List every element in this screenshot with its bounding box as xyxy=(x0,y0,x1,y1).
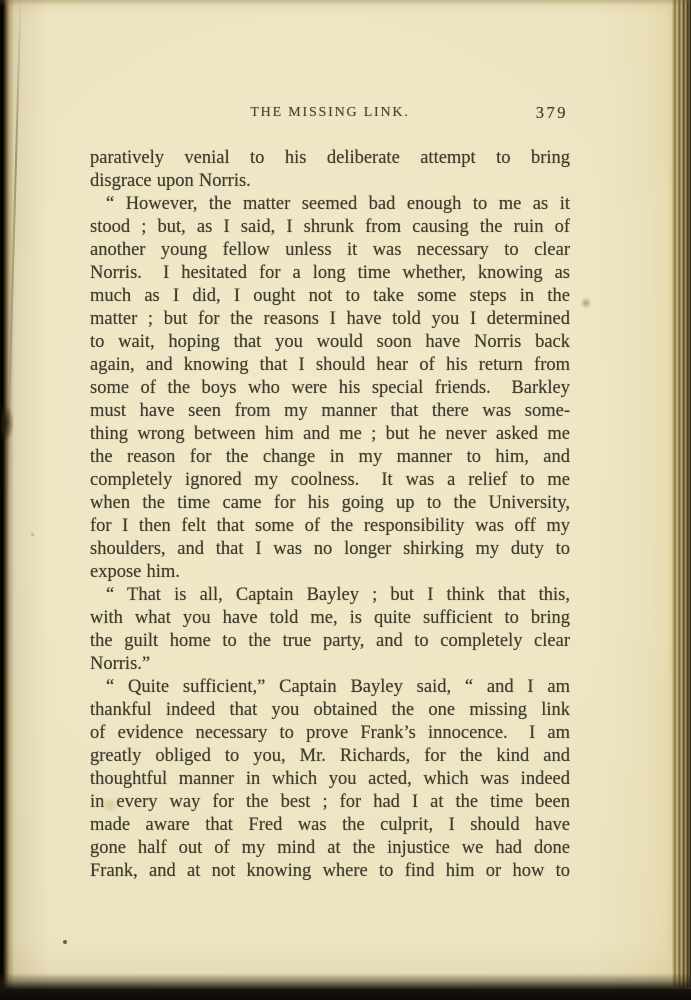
text-line: the reason for the change in my manner t… xyxy=(90,446,570,469)
text-line: disgrace upon Norris. xyxy=(90,170,570,193)
text-line: matter ; but for the reasons I have told… xyxy=(90,308,570,331)
running-header: THE MISSING LINK. 379 xyxy=(90,103,570,125)
running-header-title: THE MISSING LINK. xyxy=(90,105,570,121)
text-line: Norris.” xyxy=(90,653,570,676)
text-line: gone half out of my mind at the injustic… xyxy=(90,837,570,860)
text-line: made aware that Fred was the culprit, I … xyxy=(90,814,570,837)
text-line: of evidence necessary to prove Frank’s i… xyxy=(90,722,570,745)
scanned-book-photo: THE MISSING LINK. 379 paratively venial … xyxy=(0,0,691,1000)
text-line: stood ; but, as I said, I shrunk from ca… xyxy=(90,216,570,239)
text-line: some of the boys who were his special fr… xyxy=(90,377,570,400)
text-line: Norris. I hesitated for a long time whet… xyxy=(90,262,570,285)
paper-smudge xyxy=(580,297,592,309)
text-line: “ Quite sufficient,” Captain Bayley said… xyxy=(90,676,570,699)
text-line: thing wrong between him and me ; but he … xyxy=(90,423,570,446)
text-line: to wait, hoping that you would soon have… xyxy=(90,331,570,354)
text-line: much as I did, I ought not to take some … xyxy=(90,285,570,308)
text-line: another young fellow unless it was neces… xyxy=(90,239,570,262)
spine-edge-notch xyxy=(1,404,14,442)
text-line: must have seen from my manner that there… xyxy=(90,400,570,423)
text-line: completely ignored my coolness. It was a… xyxy=(90,469,570,492)
text-line: “ However, the matter seemed bad enough … xyxy=(90,193,570,216)
text-line: greatly obliged to you, Mr. Richards, fo… xyxy=(90,745,570,768)
page-text: paratively venial to his deliberate atte… xyxy=(90,147,570,883)
text-line: thankful indeed that you obtained the on… xyxy=(90,699,570,722)
text-line: Frank, and at not knowing where to find … xyxy=(90,860,570,883)
book-bottom-edge xyxy=(0,973,691,1000)
text-line: expose him. xyxy=(90,561,570,584)
paper-stain xyxy=(100,798,120,812)
stacked-page-edges xyxy=(667,0,691,987)
paper-speck xyxy=(63,940,67,944)
text-line: for I then felt that some of the respons… xyxy=(90,515,570,538)
text-line: again, and knowing that I should hear of… xyxy=(90,354,570,377)
text-line: when the time came for his going up to t… xyxy=(90,492,570,515)
text-line: in every way for the best ; for had I at… xyxy=(90,791,570,814)
page-top-shadow xyxy=(0,0,691,6)
text-line: thoughtful manner in which you acted, wh… xyxy=(90,768,570,791)
text-line: “ That is all, Captain Bayley ; but I th… xyxy=(90,584,570,607)
paper-speck xyxy=(30,532,35,537)
text-line: paratively venial to his deliberate atte… xyxy=(90,147,570,170)
text-line: the guilt home to the true party, and to… xyxy=(90,630,570,653)
text-line: shoulders, and that I was no longer shir… xyxy=(90,538,570,561)
book-spine-edge xyxy=(0,0,14,1000)
page-number: 379 xyxy=(536,103,568,123)
text-line: with what you have told me, is quite suf… xyxy=(90,607,570,630)
